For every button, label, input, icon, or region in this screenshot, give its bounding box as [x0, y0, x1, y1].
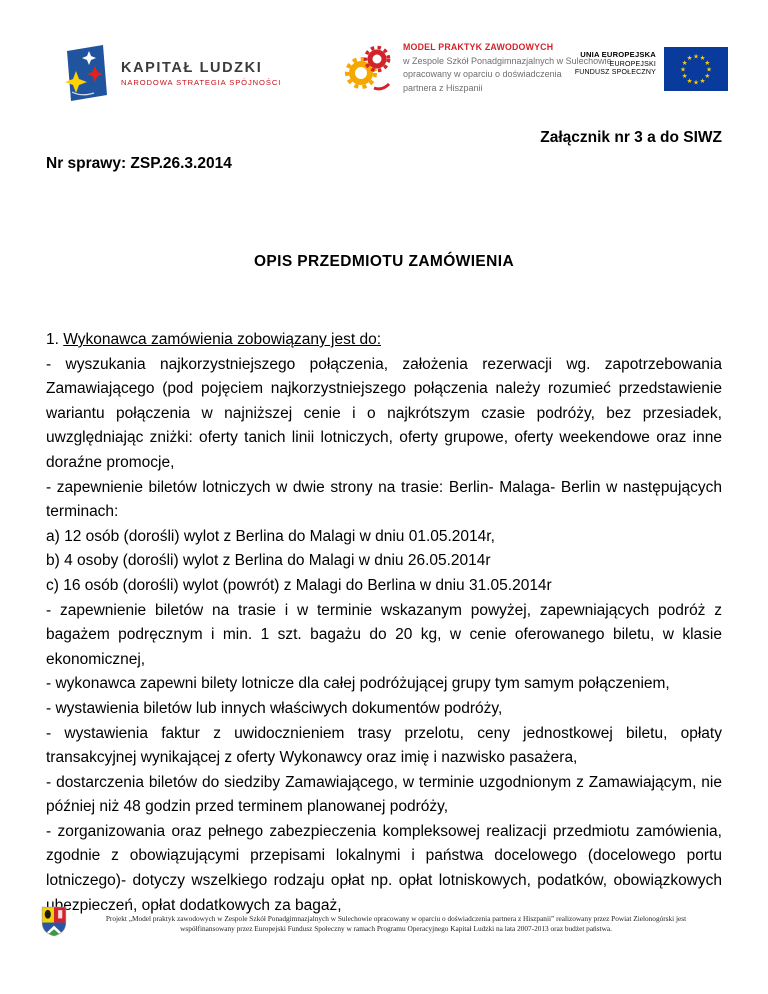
kapital-ludzki-text: KAPITAŁ LUDZKI NARODOWA STRATEGIA SPÓJNO… — [121, 60, 281, 87]
body-list-item: b) 4 osoby (dorośli) wylot z Berlina do … — [46, 549, 722, 574]
document-page: KAPITAŁ LUDZKI NARODOWA STRATEGIA SPÓJNO… — [0, 0, 768, 994]
document-title: OPIS PRZEDMIOTU ZAMÓWIENIA — [0, 253, 768, 271]
body-paragraph: - wystawienia biletów lub innych właściw… — [46, 697, 722, 722]
eu-logo: UNIA EUROPEJSKA EUROPEJSKI FUNDUSZ SPOŁE… — [575, 47, 728, 91]
body-list-item: c) 16 osób (dorośli) wylot (powrót) z Ma… — [46, 574, 722, 599]
body-paragraph: - zorganizowania oraz pełnego zabezpiecz… — [46, 820, 722, 918]
footer-project-note: Projekt „Model praktyk zawodowych w Zesp… — [84, 914, 708, 934]
body-paragraph: - zapewnienie biletów lotniczych w dwie … — [46, 476, 722, 525]
section-number: 1. — [46, 331, 63, 348]
section-heading: 1. Wykonawca zamówienia zobowiązany jest… — [46, 328, 722, 353]
kapital-ludzki-flag-icon — [62, 44, 108, 102]
footer-line: Projekt „Model praktyk zawodowych w Zesp… — [84, 914, 708, 924]
svg-text:★: ★ — [687, 54, 693, 62]
powiat-crest-icon — [41, 906, 67, 937]
body-paragraph: - dostarczenia biletów do siedziby Zamaw… — [46, 771, 722, 820]
body-paragraph: - wyszukania najkorzystniejszego połącze… — [46, 353, 722, 476]
gears-icon — [344, 42, 394, 96]
footer-line: współfinansowany przez Europejski Fundus… — [84, 924, 708, 934]
eu-line-2: EUROPEJSKI — [575, 61, 656, 68]
case-number: Nr sprawy: ZSP.26.3.2014 — [46, 155, 232, 173]
kapital-ludzki-subtitle: NARODOWA STRATEGIA SPÓJNOŚCI — [121, 78, 281, 87]
section-heading-text: Wykonawca zamówienia zobowiązany jest do… — [63, 331, 381, 348]
eu-line-3: FUNDUSZ SPOŁECZNY — [575, 69, 656, 76]
svg-text:★: ★ — [693, 53, 699, 61]
body-list-item: a) 12 osób (dorośli) wylot z Berlina do … — [46, 525, 722, 550]
svg-text:★: ★ — [700, 77, 706, 85]
kapital-ludzki-title: KAPITAŁ LUDZKI — [121, 60, 281, 76]
model-praktyk-logo: MODEL PRAKTYK ZAWODOWYCH w Zespole Szkół… — [344, 42, 612, 96]
body-paragraph: - wykonawca zapewni bilety lotnicze dla … — [46, 672, 722, 697]
eu-line-1: UNIA EUROPEJSKA — [575, 50, 656, 59]
document-body: 1. Wykonawca zamówienia zobowiązany jest… — [46, 328, 722, 918]
eu-flag-icon: ★★★ ★★★ ★★★ ★★★ — [664, 47, 728, 91]
body-paragraph: - zapewnienie biletów na trasie i w term… — [46, 599, 722, 673]
eu-text: UNIA EUROPEJSKA EUROPEJSKI FUNDUSZ SPOŁE… — [575, 47, 656, 76]
kapital-ludzki-logo: KAPITAŁ LUDZKI NARODOWA STRATEGIA SPÓJNO… — [62, 44, 281, 102]
svg-text:★: ★ — [693, 79, 699, 87]
attachment-label: Załącznik nr 3 a do SIWZ — [540, 129, 722, 147]
body-paragraph: - wystawienia faktur z uwidocznieniem tr… — [46, 722, 722, 771]
